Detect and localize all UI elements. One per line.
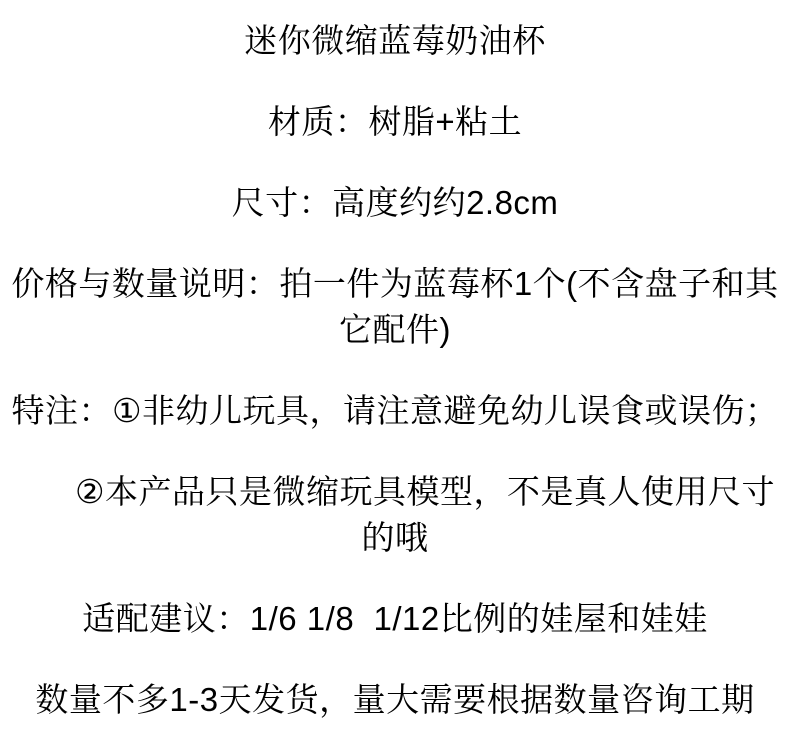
price-quantity-info: 价格与数量说明：拍一件为蓝莓杯1个(不含盘子和其 它配件) xyxy=(0,261,790,353)
shipping-notice: 数量不多1-3天发货，量大需要根据数量咨询工期 xyxy=(0,677,790,723)
product-description-page: 迷你微缩蓝莓奶油杯 材质：树脂+粘土 尺寸：高度约约2.8cm 价格与数量说明：… xyxy=(0,0,790,738)
scale-advice-text: 适配建议：1/6 1/8 1/12比例的娃屋和娃娃 xyxy=(0,596,790,642)
material-text: 材质：树脂+粘土 xyxy=(0,99,790,145)
safety-notice-text: 特注：①非幼儿玩具，请注意避免幼儿误食或误伤； xyxy=(0,388,790,434)
size-text: 尺寸：高度约约2.8cm xyxy=(0,180,790,226)
size-info: 尺寸：高度约约2.8cm xyxy=(0,180,790,226)
model-notice-text-line-1: ②本产品只是微缩玩具模型，不是真人使用尺寸 xyxy=(30,469,790,515)
scale-advice: 适配建议：1/6 1/8 1/12比例的娃屋和娃娃 xyxy=(0,596,790,642)
product-title: 迷你微缩蓝莓奶油杯 xyxy=(0,18,790,64)
model-notice: ②本产品只是微缩玩具模型，不是真人使用尺寸 的哦 xyxy=(0,469,790,561)
price-quantity-text-line-2: 它配件) xyxy=(0,307,790,353)
material-info: 材质：树脂+粘土 xyxy=(0,99,790,145)
shipping-notice-text: 数量不多1-3天发货，量大需要根据数量咨询工期 xyxy=(0,677,790,723)
product-title-text: 迷你微缩蓝莓奶油杯 xyxy=(0,18,790,64)
safety-notice: 特注：①非幼儿玩具，请注意避免幼儿误食或误伤； xyxy=(0,388,790,434)
model-notice-text-line-2: 的哦 xyxy=(0,515,790,561)
price-quantity-text-line-1: 价格与数量说明：拍一件为蓝莓杯1个(不含盘子和其 xyxy=(0,261,790,307)
